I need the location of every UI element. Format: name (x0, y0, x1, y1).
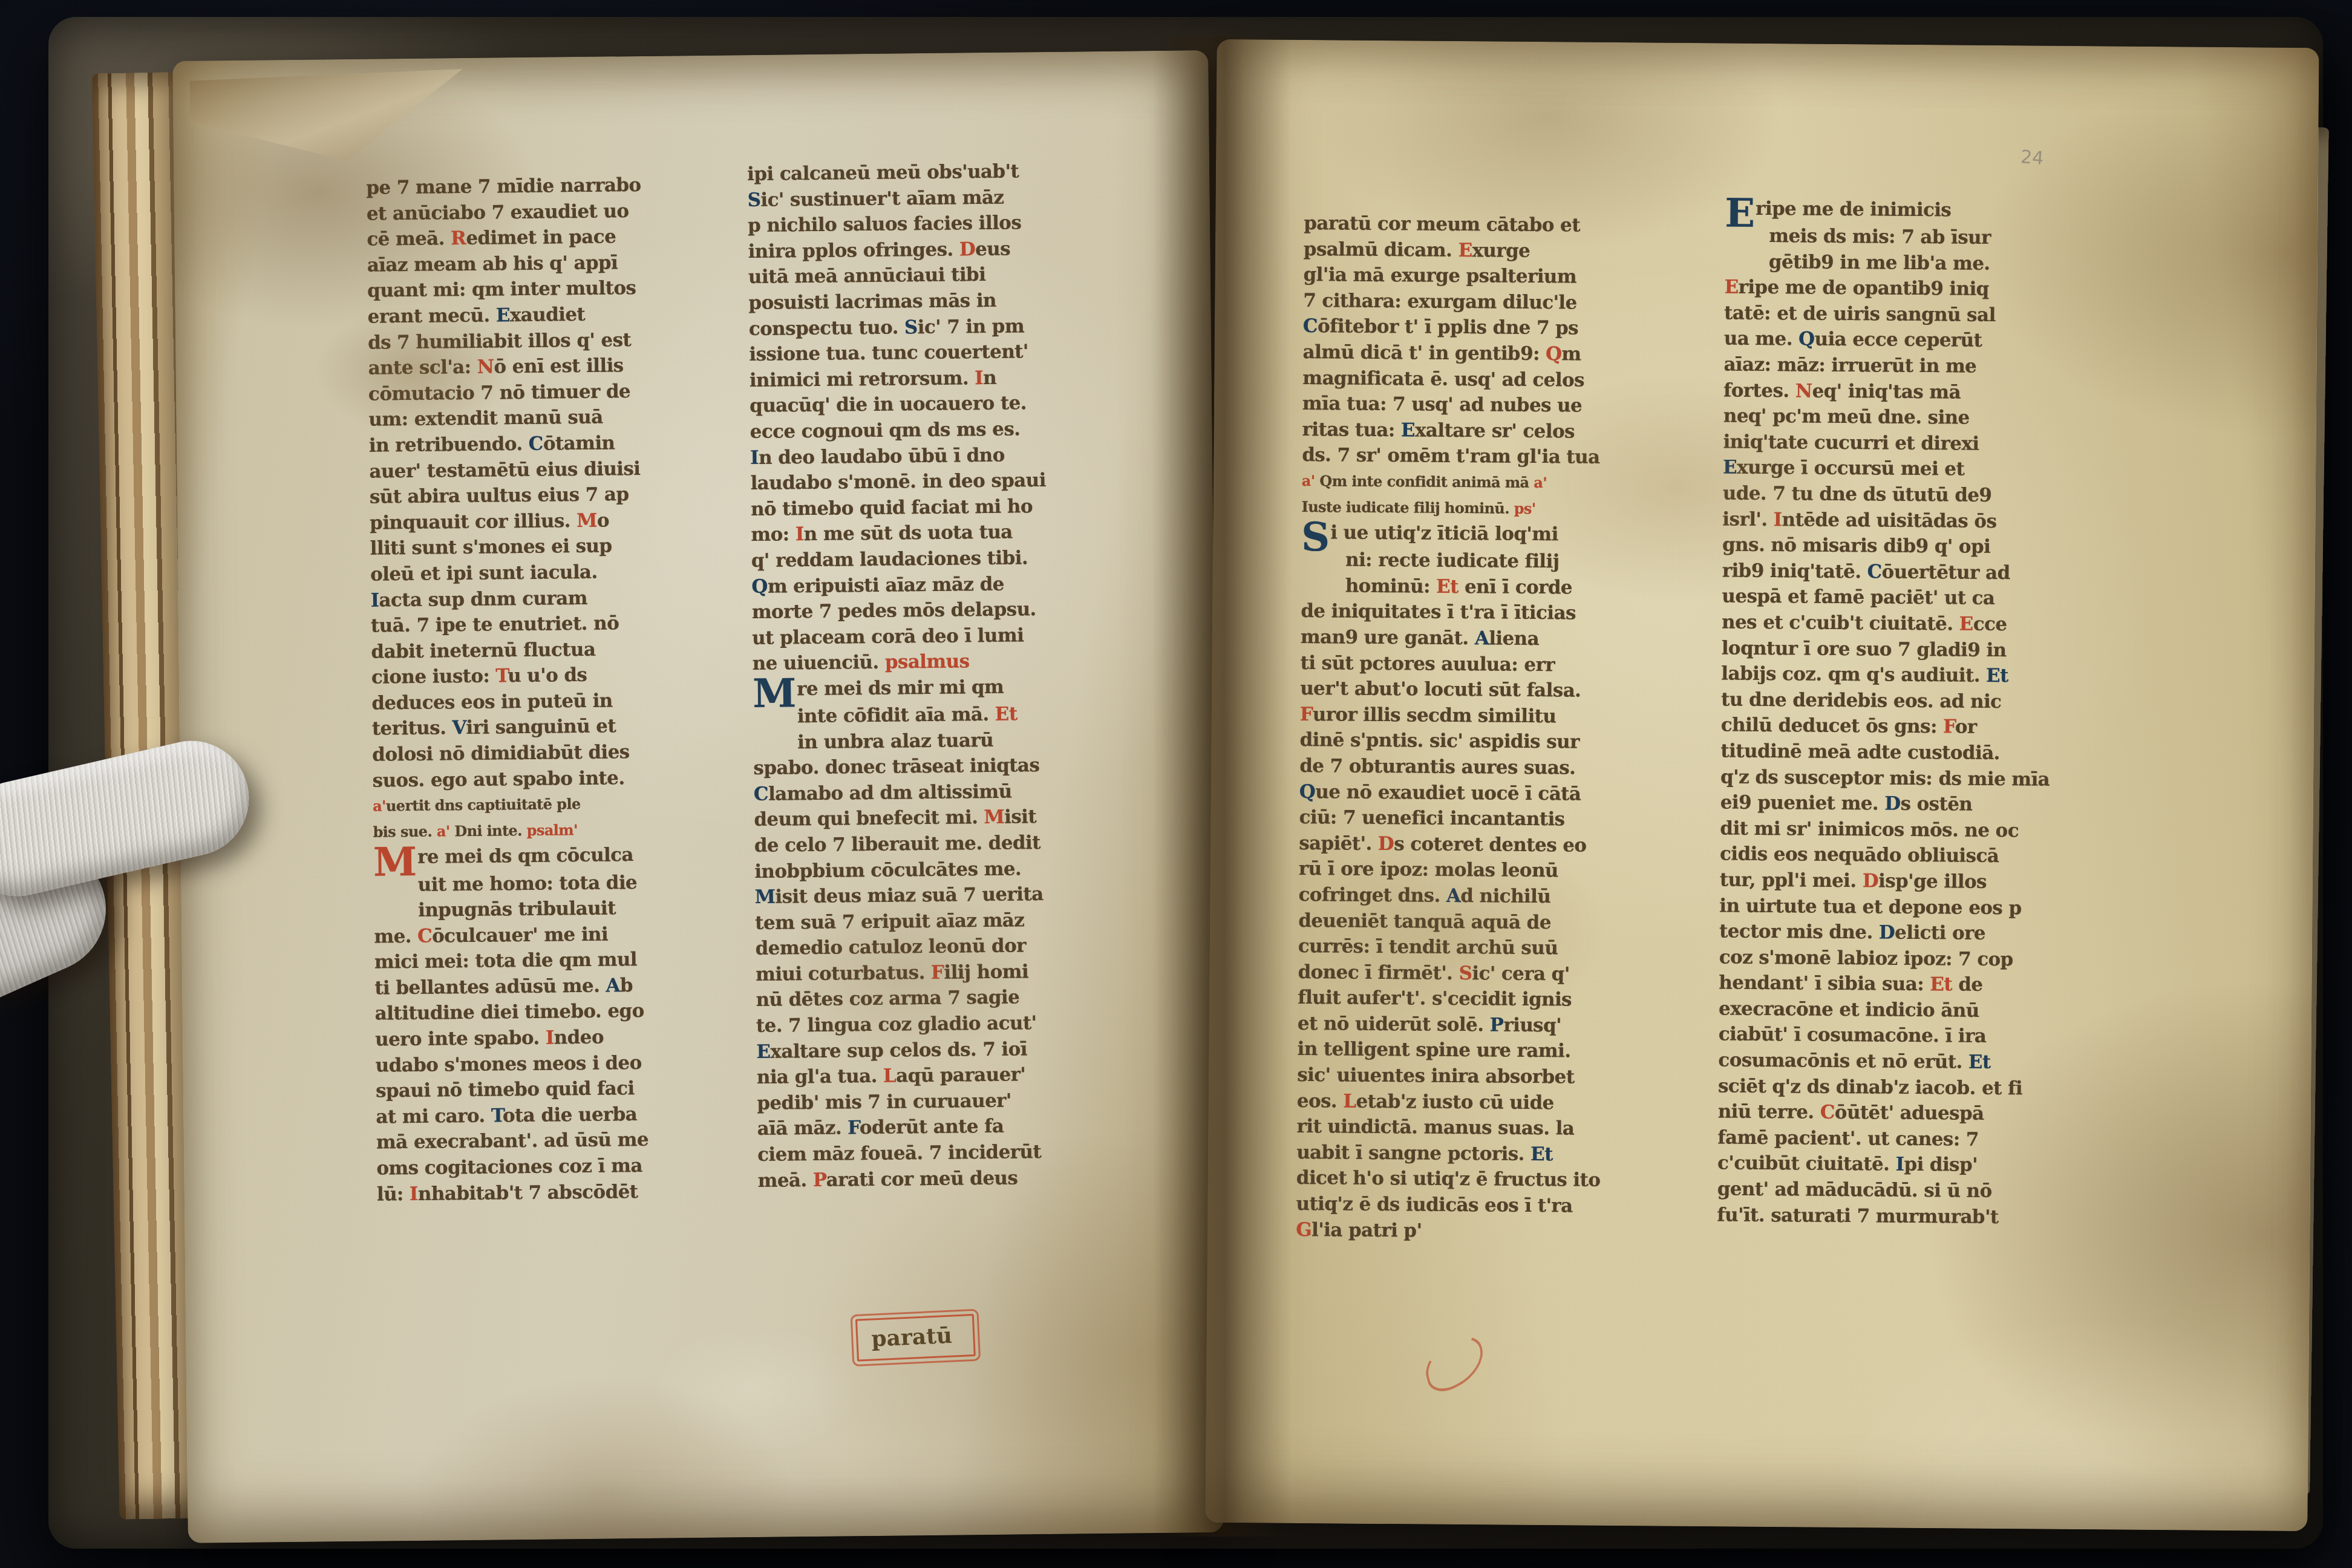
text-segment: nū dētes coz arma 7 sagie (756, 987, 1019, 1011)
text-segment: Q (1798, 328, 1815, 350)
text-line: in unbra alaz tuarū (753, 726, 1146, 756)
text-segment: tem suā 7 eripuit aīaz māz (755, 909, 1024, 934)
text-line: utiq'z ē ds iudicās eos ī t'ra (1296, 1191, 1701, 1220)
text-segment: Qm inte confidit animā mā (1319, 472, 1534, 491)
text-segment: nes et c'cuib't ciuitatē. (1722, 611, 1959, 635)
text-segment: quacūq' die in uocauero te. (750, 393, 1027, 417)
text-segment: cosumacōnis et nō erūt. (1718, 1050, 1968, 1073)
text-line: lliti sunt s'mones ei sup (370, 532, 733, 562)
text-segment: dinē s'pntis. sic' aspidis sur (1299, 729, 1579, 753)
text-segment: Et (1530, 1143, 1553, 1165)
text-line: at mi caro. Tota die uerba (376, 1100, 739, 1130)
text-line: ante scl'a: Nō enī est illis (368, 352, 731, 382)
text-segment: C (754, 783, 768, 805)
text-line: uit me homo: tota die (373, 869, 736, 898)
text-line: paratū cor meum cātabo et (1304, 211, 1709, 240)
text-segment: ti sūt pctores auulua: err (1300, 652, 1555, 676)
text-segment: F (848, 1117, 860, 1139)
illuminated-initial: M (753, 671, 797, 717)
text-segment: niū terre. (1718, 1101, 1820, 1123)
text-segment: D (1863, 870, 1879, 892)
text-segment: paratū cor meum cātabo et (1304, 212, 1580, 237)
text-line: ua me. Quia ecce ceperūt (1724, 326, 2117, 355)
text-line: udabo s'mones meos i deo (375, 1049, 738, 1079)
text-segment: issione tua. tunc couertent' (749, 341, 1028, 365)
text-line: sapiēt'. Ds coteret dentes eo (1299, 831, 1704, 860)
text-line: morte 7 pedes mōs delapsu. (752, 595, 1145, 625)
text-line: dolosi nō dimidiabūt dies (372, 738, 735, 768)
text-segment: Q (1546, 343, 1562, 365)
text-segment: psalmū dicam. (1304, 238, 1459, 261)
text-line: et anūciabo 7 exaudiet uo (367, 197, 730, 227)
text-line: deum qui bnefecit mi. Misit (754, 803, 1147, 833)
manuscript-right-page: 24 paratū cor meum cātabo etpsalmū dicam… (1205, 39, 2319, 1531)
illuminated-initial: E (1725, 190, 1756, 236)
text-line: a'uertit dns captiuitatē ple (373, 790, 736, 820)
text-segment: demedio catuloz leonū dor (755, 935, 1026, 960)
text-segment: ntēde ad uisitādas ōs (1782, 509, 1996, 532)
text-line: tector mis dne. Delicti ore (1719, 919, 2112, 948)
text-line: pedib' mis 7 in curuauer' (757, 1086, 1150, 1116)
text-line: conspectu tuo. Sic' 7 in pm (749, 312, 1142, 342)
text-segment: aīā māz. (757, 1117, 848, 1140)
text-line: chilū deducet ōs gns: For (1721, 713, 2114, 742)
text-segment: Q (1299, 781, 1316, 803)
text-line: de celo 7 liberauit me. dedit (754, 829, 1148, 858)
text-line: Iacta sup dnm curam (370, 584, 733, 613)
text-segment: dolosi nō dimidiabūt dies (372, 741, 630, 765)
text-line: ds 7 humiliabit illos q' est (368, 326, 731, 356)
text-segment: ripe me de inimicis (1756, 198, 1951, 221)
text-segment: lamabo ad dm altissimū (768, 780, 1012, 805)
text-segment: in unbra alaz tuarū (797, 729, 993, 753)
text-line: uabit ī sangne pctoris. Et (1296, 1140, 1702, 1169)
text-segment: rit uindictā. manus suas. la (1296, 1116, 1574, 1140)
text-segment: suos. ego aut spabo inte. (373, 767, 625, 791)
text-segment: ciū: 7 uenefici incantantis (1299, 806, 1564, 830)
text-segment: nia gl'a tua. (757, 1065, 884, 1088)
text-line: rit uindictā. manus suas. la (1296, 1114, 1702, 1143)
text-segment: in uirtute tua et depone eos p (1719, 895, 2021, 919)
text-segment: etab'z iusto cū uide (1356, 1090, 1553, 1114)
text-segment: ds. 7 sr' omēm t'ram gl'ia tua (1302, 444, 1600, 468)
text-segment: p nichilo saluos facies illos (748, 212, 1021, 237)
text-segment: deueniēt tanquā aquā de (1298, 909, 1551, 933)
text-line: ciabūt' ī cosumacōne. ī ira (1719, 1022, 2112, 1051)
text-segment: N (477, 356, 494, 378)
text-segment: E (1401, 419, 1415, 441)
text-segment: D (1879, 922, 1895, 944)
text-segment: sūt abira uultus eius 7 ap (370, 483, 629, 508)
text-line: tem suā 7 eripuit aīaz māz (755, 906, 1148, 936)
text-segment: A (606, 975, 620, 996)
text-line: inira pplos ofringes. Deus (748, 235, 1141, 264)
text-line: nō timebo quid faciat mi ho (751, 492, 1144, 522)
text-segment: L (883, 1065, 897, 1087)
text-segment: erant mecū. (367, 304, 495, 327)
text-segment: M (984, 806, 1004, 828)
text-segment: spabo. donec trāseat iniqtas (753, 754, 1039, 779)
text-segment: d nichilū (1460, 885, 1550, 907)
text-line: uero inte spabo. Indeo (375, 1023, 738, 1053)
text-segment: cione iusto: (371, 665, 496, 688)
text-segment: Et (1930, 973, 1952, 995)
text-line: c'cuibūt ciuitatē. Ipi disp' (1717, 1151, 2111, 1180)
text-segment: altitudine diei timebo. ego (375, 1000, 644, 1025)
text-line: meā. Parati cor meū deus (757, 1164, 1151, 1194)
text-segment: execracōne et indicio ānū (1719, 998, 1979, 1021)
text-line: donec ī firmēt'. Sic' cera q' (1298, 959, 1703, 988)
text-segment: ō enī est illis (494, 354, 624, 377)
text-line: ciū: 7 uenefici incantantis (1299, 805, 1704, 834)
text-segment: pe 7 mane 7 mīdie narrabo (366, 174, 641, 199)
text-segment: E (496, 304, 510, 326)
text-segment: dicet h'o si utiq'z ē fructus ito (1296, 1167, 1601, 1191)
text-line: p nichilo saluos facies illos (748, 209, 1141, 238)
text-segment: rū ī ore ipoz: molas leonū (1299, 858, 1558, 881)
text-segment: gent' ad māducādū. si ū nō (1717, 1178, 1992, 1202)
text-segment: liena (1489, 627, 1539, 650)
text-line: in telligent spine ure rami. (1297, 1036, 1702, 1065)
text-segment: sic' uiuentes inira absorbet (1297, 1064, 1575, 1088)
text-segment: loqntur ī ore suo 7 gladi9 in (1722, 637, 2007, 661)
text-line: Exaltare sup celos ds. 7 ioī (756, 1035, 1149, 1065)
text-segment: te. 7 lingua coz gladio acut' (756, 1012, 1037, 1037)
text-segment: Dni inte. (454, 822, 527, 840)
text-segment: gl'ia mā exurge psalterium (1303, 264, 1576, 288)
text-segment: Q (751, 575, 768, 597)
text-segment: G (1296, 1219, 1312, 1241)
text-segment: tector mis dne. (1719, 921, 1879, 944)
text-line: fortes. Neq' iniq'tas mā (1723, 377, 2117, 407)
text-segment: pinquauit cor illius. (370, 510, 577, 534)
text-segment: b (620, 975, 633, 996)
text-segment: P (813, 1169, 826, 1191)
text-segment: in telligent spine ure rami. (1297, 1038, 1570, 1062)
text-segment: dit mi sr' inimicos mōs. ne oc (1720, 817, 2019, 841)
text-segment: miui coturbatus. (756, 962, 931, 985)
text-segment: ic' cera q' (1472, 962, 1570, 985)
text-segment: arati cor meū deus (826, 1167, 1018, 1191)
text-segment: D (1378, 833, 1394, 855)
text-segment: C (529, 433, 543, 455)
text-segment: Iuste iudicate filij hominū. (1301, 498, 1514, 517)
text-line: eos. Letab'z iusto cū uide (1297, 1088, 1702, 1117)
text-segment: ni: recte iudicate filij (1345, 549, 1560, 573)
illuminated-initial: S (1301, 514, 1331, 560)
text-line: famē pacient'. ut canes: 7 (1717, 1125, 2111, 1154)
text-line: dabit ineternū fluctua (371, 635, 734, 665)
text-segment: spaui nō timebo quid faci (376, 1077, 635, 1102)
text-segment: ei9 pueniet me. (1720, 792, 1885, 815)
text-segment: C (417, 925, 432, 947)
text-segment: inpugnās tribulauit (418, 898, 616, 921)
text-line: q' reddam laudaciones tibi. (751, 544, 1145, 573)
text-segment: almū dicā t' in gentib9: (1302, 341, 1546, 365)
text-line: altitudine diei timebo. ego (375, 998, 738, 1027)
scribal-flourish (1421, 1328, 1489, 1400)
text-line: niū terre. Cōūtēt' aduespā (1718, 1099, 2111, 1128)
text-segment: mā execrabant'. ad ūsū me (376, 1129, 648, 1154)
text-segment: M (755, 886, 776, 908)
text-line: iniq'tate cucurri et direxi (1723, 429, 2116, 458)
text-segment: gētib9 in me lib'a me. (1769, 251, 1990, 275)
text-line: ni: recte iudicate filij (1301, 547, 1707, 576)
text-segment: uror illis secdm similitu (1313, 704, 1557, 727)
text-segment: et nō uiderūt solē. (1298, 1013, 1490, 1036)
folio-number: 24 (2020, 146, 2045, 169)
text-segment: Et (1436, 576, 1459, 598)
text-segment: ecce cognoui qm ds ms es. (750, 418, 1021, 443)
text-segment: tur, ppl'i mei. (1720, 869, 1863, 892)
text-segment: lliti sunt s'mones ei sup (370, 535, 612, 560)
text-segment: iri sanguinū et (466, 716, 616, 739)
text-segment: man9 ure ganāt. (1301, 626, 1475, 649)
text-segment: S (747, 189, 760, 211)
text-line: aīaz meam ab his q' appī (367, 249, 730, 278)
text-segment: laudabo s'monē. in deo spaui (750, 469, 1046, 494)
photo-backdrop: pe 7 mane 7 mīdie narraboet anūciabo 7 e… (0, 0, 2352, 1568)
text-segment: q' reddam laudaciones tibi. (751, 547, 1028, 572)
text-segment: m eripuisti aīaz māz de (768, 573, 1004, 597)
text-line: quant mi: qm inter multos (367, 275, 730, 304)
text-segment: F (1300, 704, 1313, 725)
text-line: miui coturbatus. Filij homi (756, 958, 1149, 987)
text-segment: I (795, 523, 804, 545)
text-line: quacūq' die in uocauero te. (750, 390, 1143, 419)
text-line: ne uiuenciū. psalmus (752, 647, 1145, 677)
text-segment: N (1795, 380, 1812, 402)
text-segment: mīa tua: 7 usq' ad nubes ue (1302, 393, 1583, 417)
text-segment: ipi calcaneū meū obs'uab't (747, 160, 1019, 185)
text-segment: tu dne deridebis eos. ad nic (1721, 688, 2002, 713)
text-line: Que nō exaudiet uocē ī cātā (1299, 779, 1705, 808)
text-segment: Et (1986, 665, 2008, 687)
text-segment: n (983, 367, 996, 389)
text-segment: ōtamin (543, 432, 615, 454)
text-line: ude. 7 tu dne ds ūtutū de9 (1723, 480, 2116, 509)
text-segment: eos. (1297, 1090, 1344, 1112)
text-segment: C (1303, 315, 1318, 337)
text-segment: ripe me de opantib9 iniq (1738, 276, 1989, 300)
text-segment: c'cuibūt ciuitatē. (1717, 1152, 1896, 1175)
text-segment: titudinē meā adte custodiā. (1720, 740, 2000, 764)
text-line: Furor illis secdm similitu (1300, 702, 1705, 731)
text-line: currēs: ī tendit archū suū (1298, 933, 1704, 962)
catchword-box: paratū (855, 1314, 976, 1362)
text-segment: ti bellantes adūsū me. (374, 975, 606, 999)
text-line: suos. ego aut spabo inte. (372, 764, 735, 794)
text-line: oleū et ipi sunt iacula. (370, 558, 733, 587)
text-segment: ua me. (1724, 328, 1799, 350)
text-segment: ciem māz foueā. 7 inciderūt (757, 1141, 1041, 1166)
text-segment: aqū parauer' (896, 1064, 1026, 1087)
text-segment: coz s'monē labioz ipoz: 7 cop (1719, 946, 2013, 970)
text-line: dit mi sr' inimicos mōs. ne oc (1720, 815, 2113, 844)
text-segment: P (1489, 1014, 1503, 1036)
text-line: 7 cithara: exurgam diluc'le (1303, 288, 1708, 317)
text-line: Qm eripuisti aīaz māz de (751, 570, 1145, 599)
text-segment: i ue utiq'z īticiā loq'mi (1330, 522, 1558, 546)
text-line: pinquauit cor illius. Mo (370, 506, 733, 536)
text-segment: cce (1973, 613, 2007, 635)
text-segment: T (491, 1105, 503, 1126)
text-segment: T (495, 665, 508, 687)
text-line: inpugnās tribulauit (374, 894, 737, 924)
text-segment: inira pplos ofringes. (748, 238, 959, 263)
text-line: mā execrabant'. ad ūsū me (376, 1126, 739, 1156)
text-segment: S (904, 316, 918, 338)
text-line: um: extendit manū suā (368, 403, 731, 433)
text-segment: ota die uerba (503, 1103, 638, 1126)
text-segment: deduces eos in puteū in (371, 690, 613, 714)
text-line: Mre mei ds mir mi qm (753, 673, 1146, 704)
text-line: q'z ds susceptor mis: ds mie mīa (1720, 764, 2114, 793)
text-line: aīā māz. Foderūt ante fa (757, 1112, 1151, 1142)
text-segment: I (1895, 1154, 1904, 1175)
text-segment: 7 cithara: exurgam diluc'le (1303, 290, 1577, 314)
text-segment: deum qui bnefecit mi. (754, 806, 984, 831)
text-segment: meis ds mis: 7 ab īsur (1769, 225, 1991, 249)
text-line: nū dētes coz arma 7 sagie (756, 984, 1149, 1013)
text-segment: ut placeam corā deo ī lumi (752, 624, 1024, 649)
text-line: inimici mi retrorsum. In (750, 364, 1143, 393)
text-line: tu dne deridebis eos. ad nic (1721, 687, 2114, 716)
text-segment: me. (374, 926, 417, 948)
text-line: et nō uiderūt solē. Priusq' (1298, 1011, 1703, 1040)
text-line: ei9 pueniet me. Ds ostēn (1720, 790, 2114, 819)
text-line: almū dicā t' in gentib9: Qm (1302, 339, 1708, 368)
text-segment: inte cōfidit aīa mā. (797, 704, 995, 727)
text-segment: uit me homo: tota die (417, 872, 637, 896)
text-segment: gns. nō misaris dib9 q' opi (1722, 534, 1990, 558)
text-line: uer't abut'o locuti sūt falsa. (1300, 676, 1705, 705)
text-segment: psalmus (885, 651, 970, 673)
text-segment: uitā meā annūciaui tibi (748, 264, 986, 288)
text-segment: aīaz meam ab his q' appī (367, 252, 618, 276)
text-line: sūt abira uultus eius 7 ap (370, 481, 733, 511)
text-line: bis sue. a' Dni inte. psalm' (373, 815, 736, 845)
text-line: dinē s'pntis. sic' aspidis sur (1299, 727, 1705, 756)
illuminated-initial: M (373, 839, 418, 886)
text-segment: uertit dns captiuitatē ple (386, 795, 581, 814)
text-segment: eq' iniq'tas mā (1812, 380, 1961, 403)
text-segment: ilij homi (944, 961, 1028, 983)
text-segment: in retribuendo. (369, 433, 529, 457)
text-column-3: paratū cor meum cātabo etpsalmū dicam. E… (1296, 211, 1709, 1246)
text-segment: xaltare sup celos ds. 7 ioī (770, 1038, 1027, 1062)
text-segment: C (1820, 1102, 1835, 1123)
text-segment: ante scl'a: (368, 356, 477, 379)
text-segment: cōmutacio 7 nō timuer de (368, 381, 630, 405)
text-segment: fortes. (1723, 379, 1795, 402)
text-segment: teritus. (372, 717, 452, 740)
text-segment: meā. (757, 1169, 813, 1192)
text-line: inte cōfidit aīa mā. Et (753, 700, 1146, 730)
text-segment: bis sue. (373, 822, 437, 840)
text-line: pe 7 mane 7 mīdie narrabo (366, 171, 729, 201)
text-line: In deo laudabo ūbū ī dno (750, 441, 1143, 471)
folded-page-corner (189, 69, 475, 163)
text-segment: dabit ineternū fluctua (371, 638, 595, 662)
text-line: spaui nō timebo quid faci (376, 1075, 739, 1105)
text-segment: m (1561, 343, 1581, 365)
text-segment: riusq' (1503, 1014, 1561, 1037)
text-segment: hendant' ī sibia sua: (1719, 972, 1930, 996)
text-segment: A (1475, 627, 1489, 649)
text-segment: eus (975, 238, 1010, 260)
text-segment: o (597, 509, 609, 531)
text-segment: uero inte spabo. (375, 1027, 546, 1051)
text-segment: uespā et famē paciēt' ut ca (1722, 586, 1994, 610)
text-segment: n deo laudabo ūbū ī dno (759, 444, 1005, 468)
text-segment: S (1459, 962, 1472, 984)
text-segment: D (959, 238, 976, 260)
text-segment: a' (373, 797, 386, 815)
text-segment: I (1774, 509, 1782, 531)
text-line: laudabo s'monē. in deo spaui (750, 466, 1143, 496)
text-segment: ndeo (554, 1027, 604, 1049)
text-line: issione tua. tunc couertent' (749, 338, 1142, 367)
text-segment: E (1723, 457, 1737, 479)
text-segment: psalm' (527, 821, 578, 839)
text-line: ti bellantes adūsū me. Ab (374, 972, 737, 1001)
text-line: demedio catuloz leonū dor (755, 932, 1148, 961)
text-segment: lū: (377, 1183, 410, 1206)
text-line: a' Qm inte confidit animā mā a' (1302, 468, 1707, 497)
text-line: ds. 7 sr' omēm t'ram gl'ia tua (1302, 442, 1707, 471)
text-segment: uia ecce ceperūt (1814, 328, 1982, 351)
text-line: ecce cognoui qm ds ms es. (750, 415, 1143, 445)
text-segment: cidis eos nequādo obliuiscā (1720, 843, 1999, 867)
text-line: uespā et famē paciēt' ut ca (1722, 584, 2115, 613)
text-segment: nhabitab't 7 abscōdēt (418, 1181, 638, 1205)
text-segment: a' (1534, 474, 1547, 491)
text-segment: currēs: ī tendit archū suū (1298, 935, 1558, 959)
text-line: inobpbium cōculcātes me. (754, 855, 1148, 884)
text-line: coz s'monē labioz ipoz: 7 cop (1719, 944, 2112, 973)
text-segment: q'z ds susceptor mis: ds mie mīa (1720, 766, 2050, 790)
text-segment: nō timebo quid faciat mi ho (751, 495, 1033, 520)
text-line: hendant' ī sibia sua: Et de (1719, 970, 2112, 999)
text-line: Eripe me de inimicis (1725, 195, 2118, 226)
text-segment: ude. 7 tu dne ds ūtutū de9 (1723, 482, 1992, 506)
text-line: erant mecū. Exaudiet (367, 300, 730, 330)
text-line: me. Cōculcauer' me ini (374, 920, 737, 950)
text-segment: elicti ore (1895, 922, 1985, 944)
text-line: Eripe me de opantib9 iniq (1724, 275, 2117, 304)
text-line: tatē: et de uiris sangnū sal (1724, 300, 2117, 329)
text-segment: at mi caro. (376, 1105, 491, 1128)
text-segment: sciēt q'z ds dinab'z iacob. et fi (1718, 1075, 2022, 1099)
text-segment: cofringet dns. (1298, 884, 1446, 907)
text-segment: re mei ds qm cōculca (417, 844, 633, 869)
text-segment: quant mi: qm inter multos (367, 277, 636, 302)
text-line: rib9 iniq'tatē. Cōuertētur ad (1722, 558, 2115, 587)
text-segment: s coteret dentes eo (1394, 833, 1587, 856)
text-segment: or (1955, 716, 1977, 738)
text-line: fu'īt. saturati 7 murmurab't (1717, 1202, 2110, 1231)
text-line: mo: In me sūt ds uota tua (751, 518, 1144, 548)
text-line: spabo. donec trāseat iniqtas (753, 751, 1146, 781)
text-line: uitā meā annūciaui tibi (748, 261, 1142, 290)
text-segment: isrl'. (1722, 508, 1773, 531)
text-segment: uabit ī sangne pctoris. (1296, 1142, 1530, 1165)
text-line: nes et c'cuib't ciuitatē. Ecce (1722, 609, 2115, 638)
text-line: de 7 obturantis aures suas. (1299, 753, 1705, 782)
text-segment: fu'īt. saturati 7 murmurab't (1717, 1204, 1999, 1228)
text-segment: oleū et ipi sunt iacula. (370, 561, 598, 586)
